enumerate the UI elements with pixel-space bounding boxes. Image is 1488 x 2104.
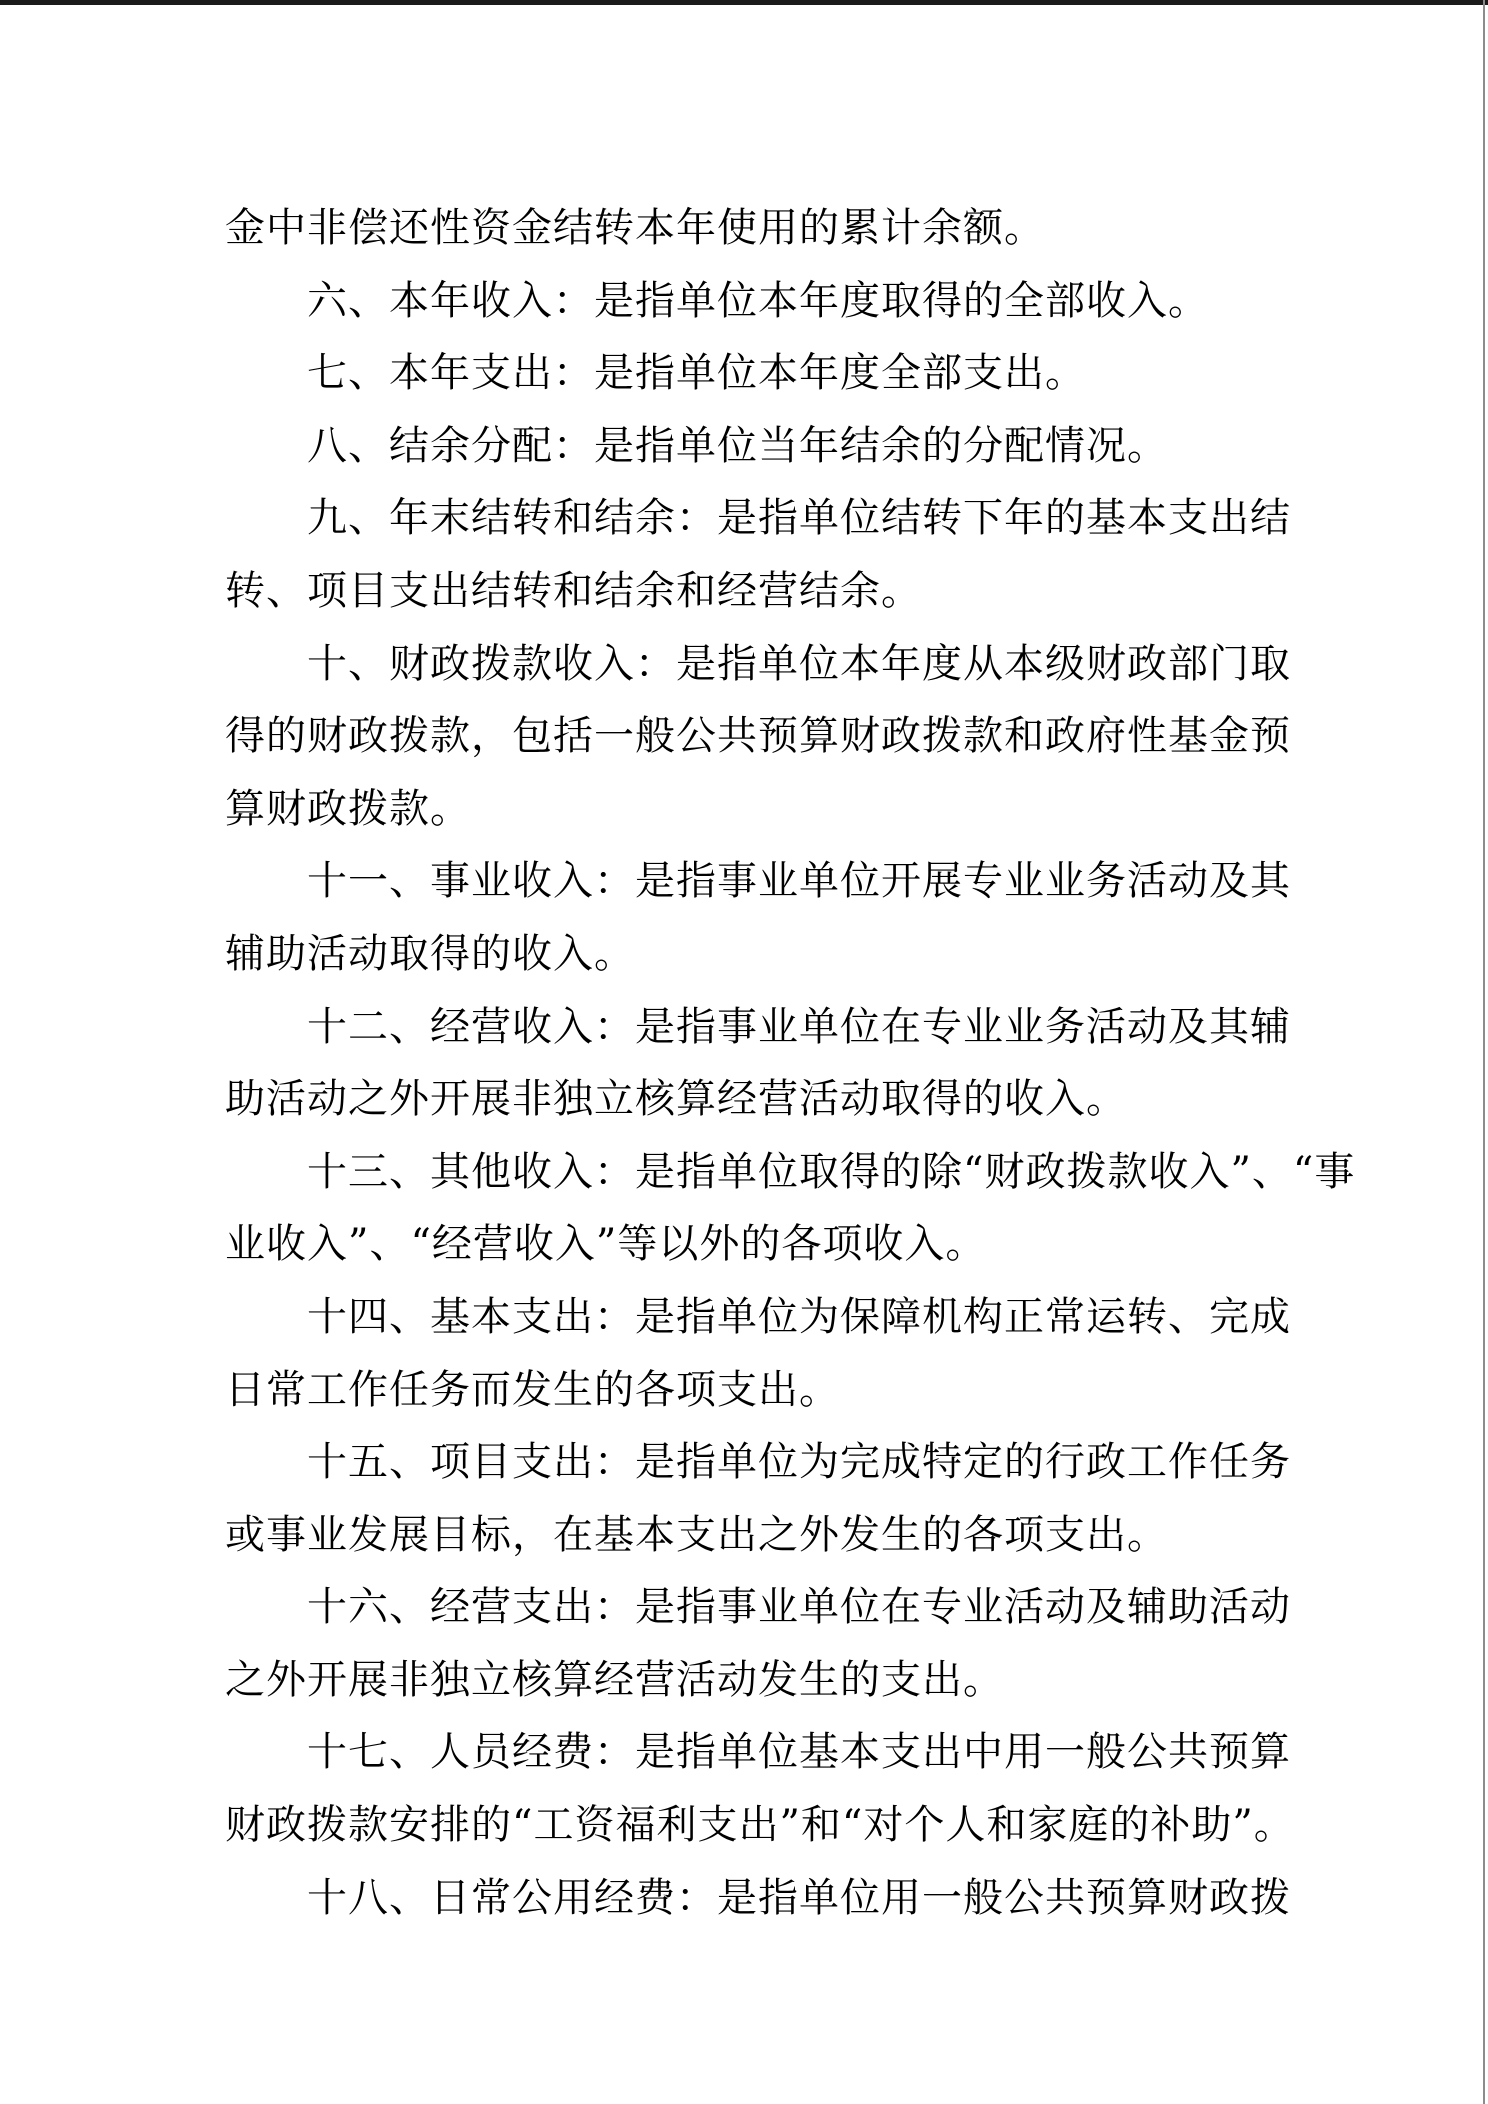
text-line: 得的财政拨款，包括一般公共预算财政拨款和政府性基金预 — [225, 700, 1280, 773]
text-line: 八、结余分配：是指单位当年结余的分配情况。 — [225, 410, 1280, 483]
text-line: 辅助活动取得的收入。 — [225, 918, 1280, 991]
text-line: 业收入”、“经营收入”等以外的各项收入。 — [225, 1208, 1280, 1281]
text-line: 十五、项目支出：是指单位为完成特定的行政工作任务 — [225, 1426, 1280, 1499]
text-line: 十四、基本支出：是指单位为保障机构正常运转、完成 — [225, 1281, 1280, 1354]
text-line: 六、本年收入：是指单位本年度取得的全部收入。 — [225, 265, 1280, 338]
text-line: 日常工作任务而发生的各项支出。 — [225, 1354, 1280, 1427]
text-line: 金中非偿还性资金结转本年使用的累计余额。 — [225, 192, 1280, 265]
text-line: 助活动之外开展非独立核算经营活动取得的收入。 — [225, 1063, 1280, 1136]
text-line: 十六、经营支出：是指事业单位在专业活动及辅助活动 — [225, 1571, 1280, 1644]
text-line: 算财政拨款。 — [225, 773, 1280, 846]
text-line: 十、财政拨款收入：是指单位本年度从本级财政部门取 — [225, 628, 1280, 701]
text-line: 十三、其他收入：是指单位取得的除“财政拨款收入”、“事 — [225, 1136, 1280, 1209]
text-line: 十一、事业收入：是指事业单位开展专业业务活动及其 — [225, 845, 1280, 918]
text-line: 转、项目支出结转和结余和经营结余。 — [225, 555, 1280, 628]
text-line: 十二、经营收入：是指事业单位在专业业务活动及其辅 — [225, 991, 1280, 1064]
text-line: 十七、人员经费：是指单位基本支出中用一般公共预算 — [225, 1716, 1280, 1789]
text-line: 九、年末结转和结余：是指单位结转下年的基本支出结 — [225, 482, 1280, 555]
text-line: 十八、日常公用经费：是指单位用一般公共预算财政拨 — [225, 1862, 1280, 1935]
text-line: 或事业发展目标，在基本支出之外发生的各项支出。 — [225, 1499, 1280, 1572]
document-page: 金中非偿还性资金结转本年使用的累计余额。六、本年收入：是指单位本年度取得的全部收… — [0, 0, 1488, 2104]
text-line: 之外开展非独立核算经营活动发生的支出。 — [225, 1644, 1280, 1717]
document-body: 金中非偿还性资金结转本年使用的累计余额。六、本年收入：是指单位本年度取得的全部收… — [225, 192, 1280, 1934]
text-line: 财政拨款安排的“工资福利支出”和“对个人和家庭的补助”。 — [225, 1789, 1280, 1862]
page-right-edge — [1483, 0, 1485, 2104]
page-top-edge — [0, 0, 1488, 5]
text-line: 七、本年支出：是指单位本年度全部支出。 — [225, 337, 1280, 410]
